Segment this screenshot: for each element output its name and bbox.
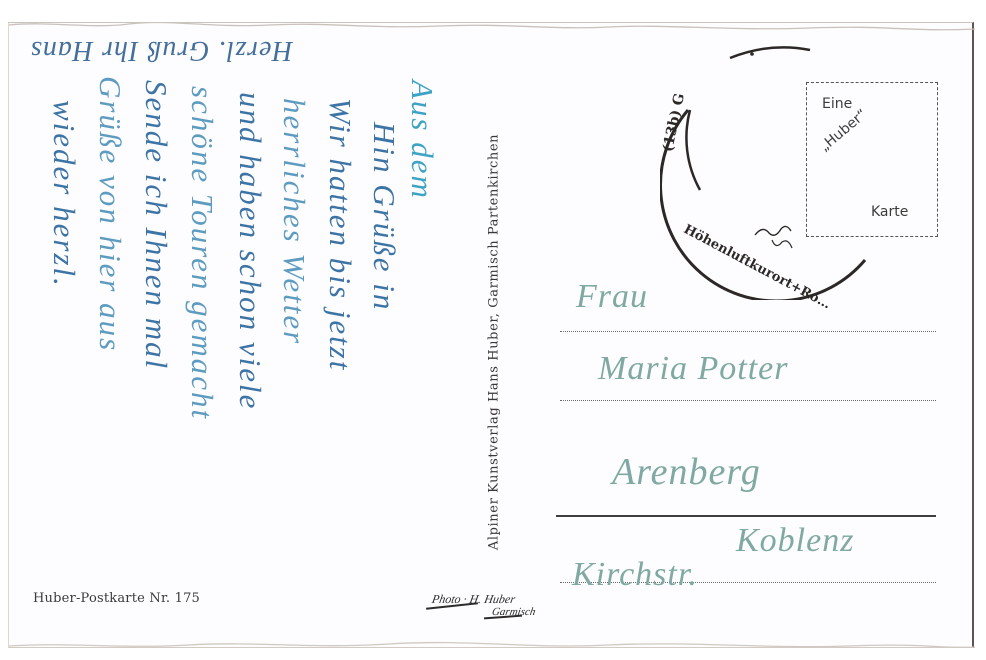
- address-line-2: [560, 400, 936, 401]
- address-town: Arenberg: [612, 450, 761, 494]
- photo-credit-line1: Photo · H. Huber: [431, 592, 537, 607]
- message-line: und haben schon viele: [232, 92, 268, 410]
- message-line: herrliches Wetter: [276, 98, 312, 345]
- message-line: Sende ich Ihnen mal: [138, 80, 174, 370]
- handwritten-message: Aus dem Hin Grüße in Wir hatten bis jetz…: [20, 40, 480, 620]
- message-line: Grüße von hier aus: [92, 76, 128, 352]
- message-line: wieder herzl.: [46, 100, 82, 288]
- address-city: Koblenz: [736, 522, 854, 560]
- stamp-box-brand: „Huber“: [817, 106, 871, 155]
- message-line: Aus dem: [404, 80, 440, 200]
- message-line: Wir hatten bis jetzt: [322, 98, 358, 371]
- stamp-placeholder-box: Eine „Huber“ Karte: [806, 82, 938, 237]
- address-street: Kirchstr.: [572, 556, 698, 594]
- message-line: Hin Grüße in: [366, 122, 402, 311]
- message-line: schöne Touren gemacht: [184, 86, 220, 420]
- publisher-imprint: Alpiner Kunstverlag Hans Huber, Garmisch…: [487, 134, 502, 550]
- address-line-city: [556, 515, 936, 517]
- series-label: Huber-Postkarte Nr. 175: [33, 591, 200, 606]
- photo-credit: Photo · H. Huber Garmisch: [432, 592, 535, 618]
- address-salutation: Frau: [576, 278, 648, 316]
- address-name: Maria Potter: [598, 350, 788, 388]
- stamp-box-line1: Eine: [822, 96, 852, 112]
- address-line-1: [560, 331, 936, 332]
- stamp-box-line3: Karte: [871, 204, 908, 220]
